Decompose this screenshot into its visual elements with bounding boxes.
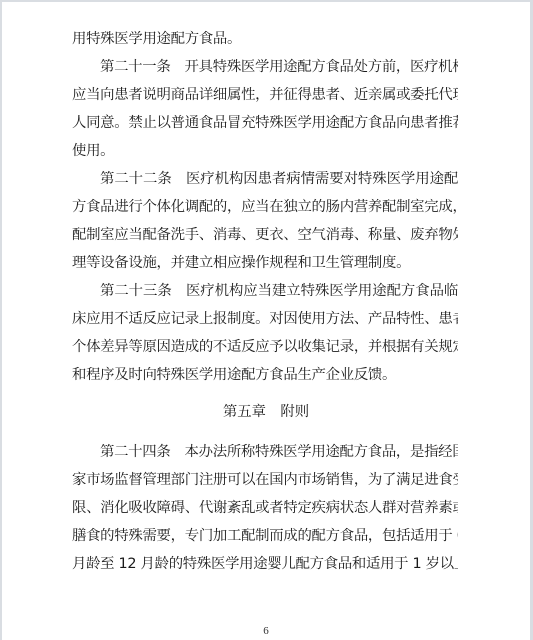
text-line: 床应用不适反应记录上报制度。对因使用方法、产品特性、患者	[72, 309, 458, 329]
text-line: 和程序及时向特殊医学用途配方食品生产企业反馈。	[72, 365, 458, 385]
text-line: 家市场监督管理部门注册可以在国内市场销售，为了满足进食受	[72, 470, 458, 490]
text-line: 人同意。禁止以普通食品冒充特殊医学用途配方食品向患者推荐	[72, 113, 458, 133]
article-24-first-line: 第二十四条 本办法所称特殊医学用途配方食品，是指经国	[100, 442, 458, 462]
page-number: 6	[2, 624, 530, 638]
text-line: 方食品进行个体化调配的，应当在独立的肠内营养配制室完成，	[72, 197, 458, 217]
text-line: 理等设备设施，并建立相应操作规程和卫生管理制度。	[72, 253, 458, 273]
text-line: 配制室应当配备洗手、消毒、更衣、空气消毒、称量、废弃物处	[72, 225, 458, 245]
article-21-first-line: 第二十一条 开具特殊医学用途配方食品处方前，医疗机构	[100, 57, 458, 77]
chapter-heading: 第五章 附则	[2, 402, 530, 422]
text-line: 用特殊医学用途配方食品。	[72, 29, 458, 49]
text-line: 使用。	[72, 141, 458, 161]
article-23-first-line: 第二十三条 医疗机构应当建立特殊医学用途配方食品临	[100, 281, 458, 301]
text-line: 月龄至 12 月龄的特殊医学用途婴儿配方食品和适用于 1 岁以上	[72, 554, 458, 574]
article-22-first-line: 第二十二条 医疗机构因患者病情需要对特殊医学用途配	[100, 169, 458, 189]
text-line: 膳食的特殊需要，专门加工配制而成的配方食品，包括适用于 0	[72, 526, 458, 546]
text-line: 应当向患者说明商品详细属性，并征得患者、近亲属或委托代理	[72, 85, 458, 105]
text-line: 限、消化吸收障碍、代谢紊乱或者特定疾病状态人群对营养素或	[72, 498, 458, 518]
text-line: 个体差异等原因造成的不适反应予以收集记录，并根据有关规定	[72, 337, 458, 357]
document-page: 用特殊医学用途配方食品。 第二十一条 开具特殊医学用途配方食品处方前，医疗机构 …	[2, 2, 530, 640]
